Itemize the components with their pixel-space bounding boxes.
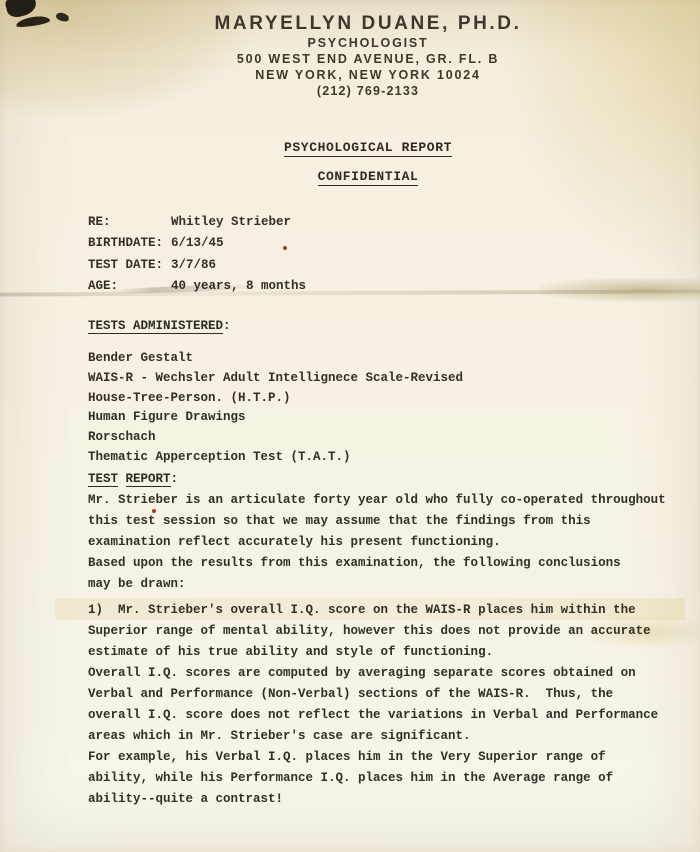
report-paragraph: Mr. Strieber is an articulate forty year…	[88, 490, 692, 553]
meta-label: AGE:	[88, 276, 171, 297]
letterhead-address-line1: 500 WEST END AVENUE, GR. FL. B	[36, 52, 700, 67]
test-item: WAIS-R - Wechsler Adult Intellignece Sca…	[88, 369, 463, 389]
letterhead-address-line2: NEW YORK, NEW YORK 10024	[36, 68, 700, 83]
tests-administered-section: TESTS ADMINISTERED: Bender Gestalt WAIS-…	[88, 316, 463, 468]
test-report-heading: TEST REPORT:	[88, 469, 692, 490]
report-paragraph: Based upon the results from this examina…	[88, 553, 692, 595]
meta-value: 40 years, 8 months	[171, 279, 306, 293]
letterhead-phone: (212) 769-2133	[36, 84, 700, 99]
test-item: Human Figure Drawings	[88, 408, 463, 428]
test-item: Bender Gestalt	[88, 349, 463, 369]
test-report-heading-colon: :	[171, 472, 179, 486]
meta-row-test-date: TEST DATE:3/7/86	[88, 255, 306, 276]
test-item: House-Tree-Person. (H.T.P.)	[88, 389, 463, 409]
meta-row-re: RE:Whitley Strieber	[88, 212, 306, 233]
document-title: PSYCHOLOGICAL REPORT	[36, 140, 700, 156]
letterhead: MARYELLYN DUANE, PH.D. PSYCHOLOGIST 500 …	[36, 13, 700, 99]
meta-label: RE:	[88, 212, 171, 233]
meta-row-birthdate: BIRTHDATE:6/13/45	[88, 233, 306, 254]
test-report-heading-word2: REPORT	[126, 472, 171, 487]
meta-label: BIRTHDATE:	[88, 233, 171, 254]
tests-administered-heading-colon: :	[223, 319, 231, 333]
meta-value: 3/7/86	[171, 258, 216, 272]
meta-row-age: AGE:40 years, 8 months	[88, 276, 306, 297]
test-item: Rorschach	[88, 428, 463, 448]
tests-administered-heading: TESTS ADMINISTERED:	[88, 316, 463, 337]
letterhead-profession: PSYCHOLOGIST	[36, 36, 700, 51]
tests-list: Bender Gestalt WAIS-R - Wechsler Adult I…	[88, 349, 463, 468]
meta-value: Whitley Strieber	[171, 215, 291, 229]
tests-administered-heading-text: TESTS ADMINISTERED	[88, 319, 223, 334]
test-report-heading-word1: TEST	[88, 472, 118, 487]
title-block: PSYCHOLOGICAL REPORT CONFIDENTIAL	[36, 140, 700, 185]
meta-label: TEST DATE:	[88, 255, 171, 276]
subject-meta-block: RE:Whitley Strieber BIRTHDATE:6/13/45 TE…	[88, 212, 306, 298]
report-paragraph: For example, his Verbal I.Q. places him …	[88, 747, 692, 810]
test-item: Thematic Apperception Test (T.A.T.)	[88, 448, 463, 468]
document-subtitle-text: CONFIDENTIAL	[318, 169, 419, 186]
document-subtitle: CONFIDENTIAL	[36, 169, 700, 185]
scanned-document-page: MARYELLYN DUANE, PH.D. PSYCHOLOGIST 500 …	[0, 0, 700, 852]
paper-crease-smudge	[540, 278, 700, 302]
ink-smudge	[4, 0, 39, 20]
report-paragraph: Overall I.Q. scores are computed by aver…	[88, 663, 692, 747]
letterhead-name: MARYELLYN DUANE, PH.D.	[36, 13, 700, 35]
test-report-section: TEST REPORT: Mr. Strieber is an articula…	[88, 469, 692, 810]
meta-value: 6/13/45	[171, 236, 224, 250]
report-paragraph-conclusion-1: 1) Mr. Strieber's overall I.Q. score on …	[88, 600, 692, 663]
document-title-text: PSYCHOLOGICAL REPORT	[284, 140, 452, 157]
